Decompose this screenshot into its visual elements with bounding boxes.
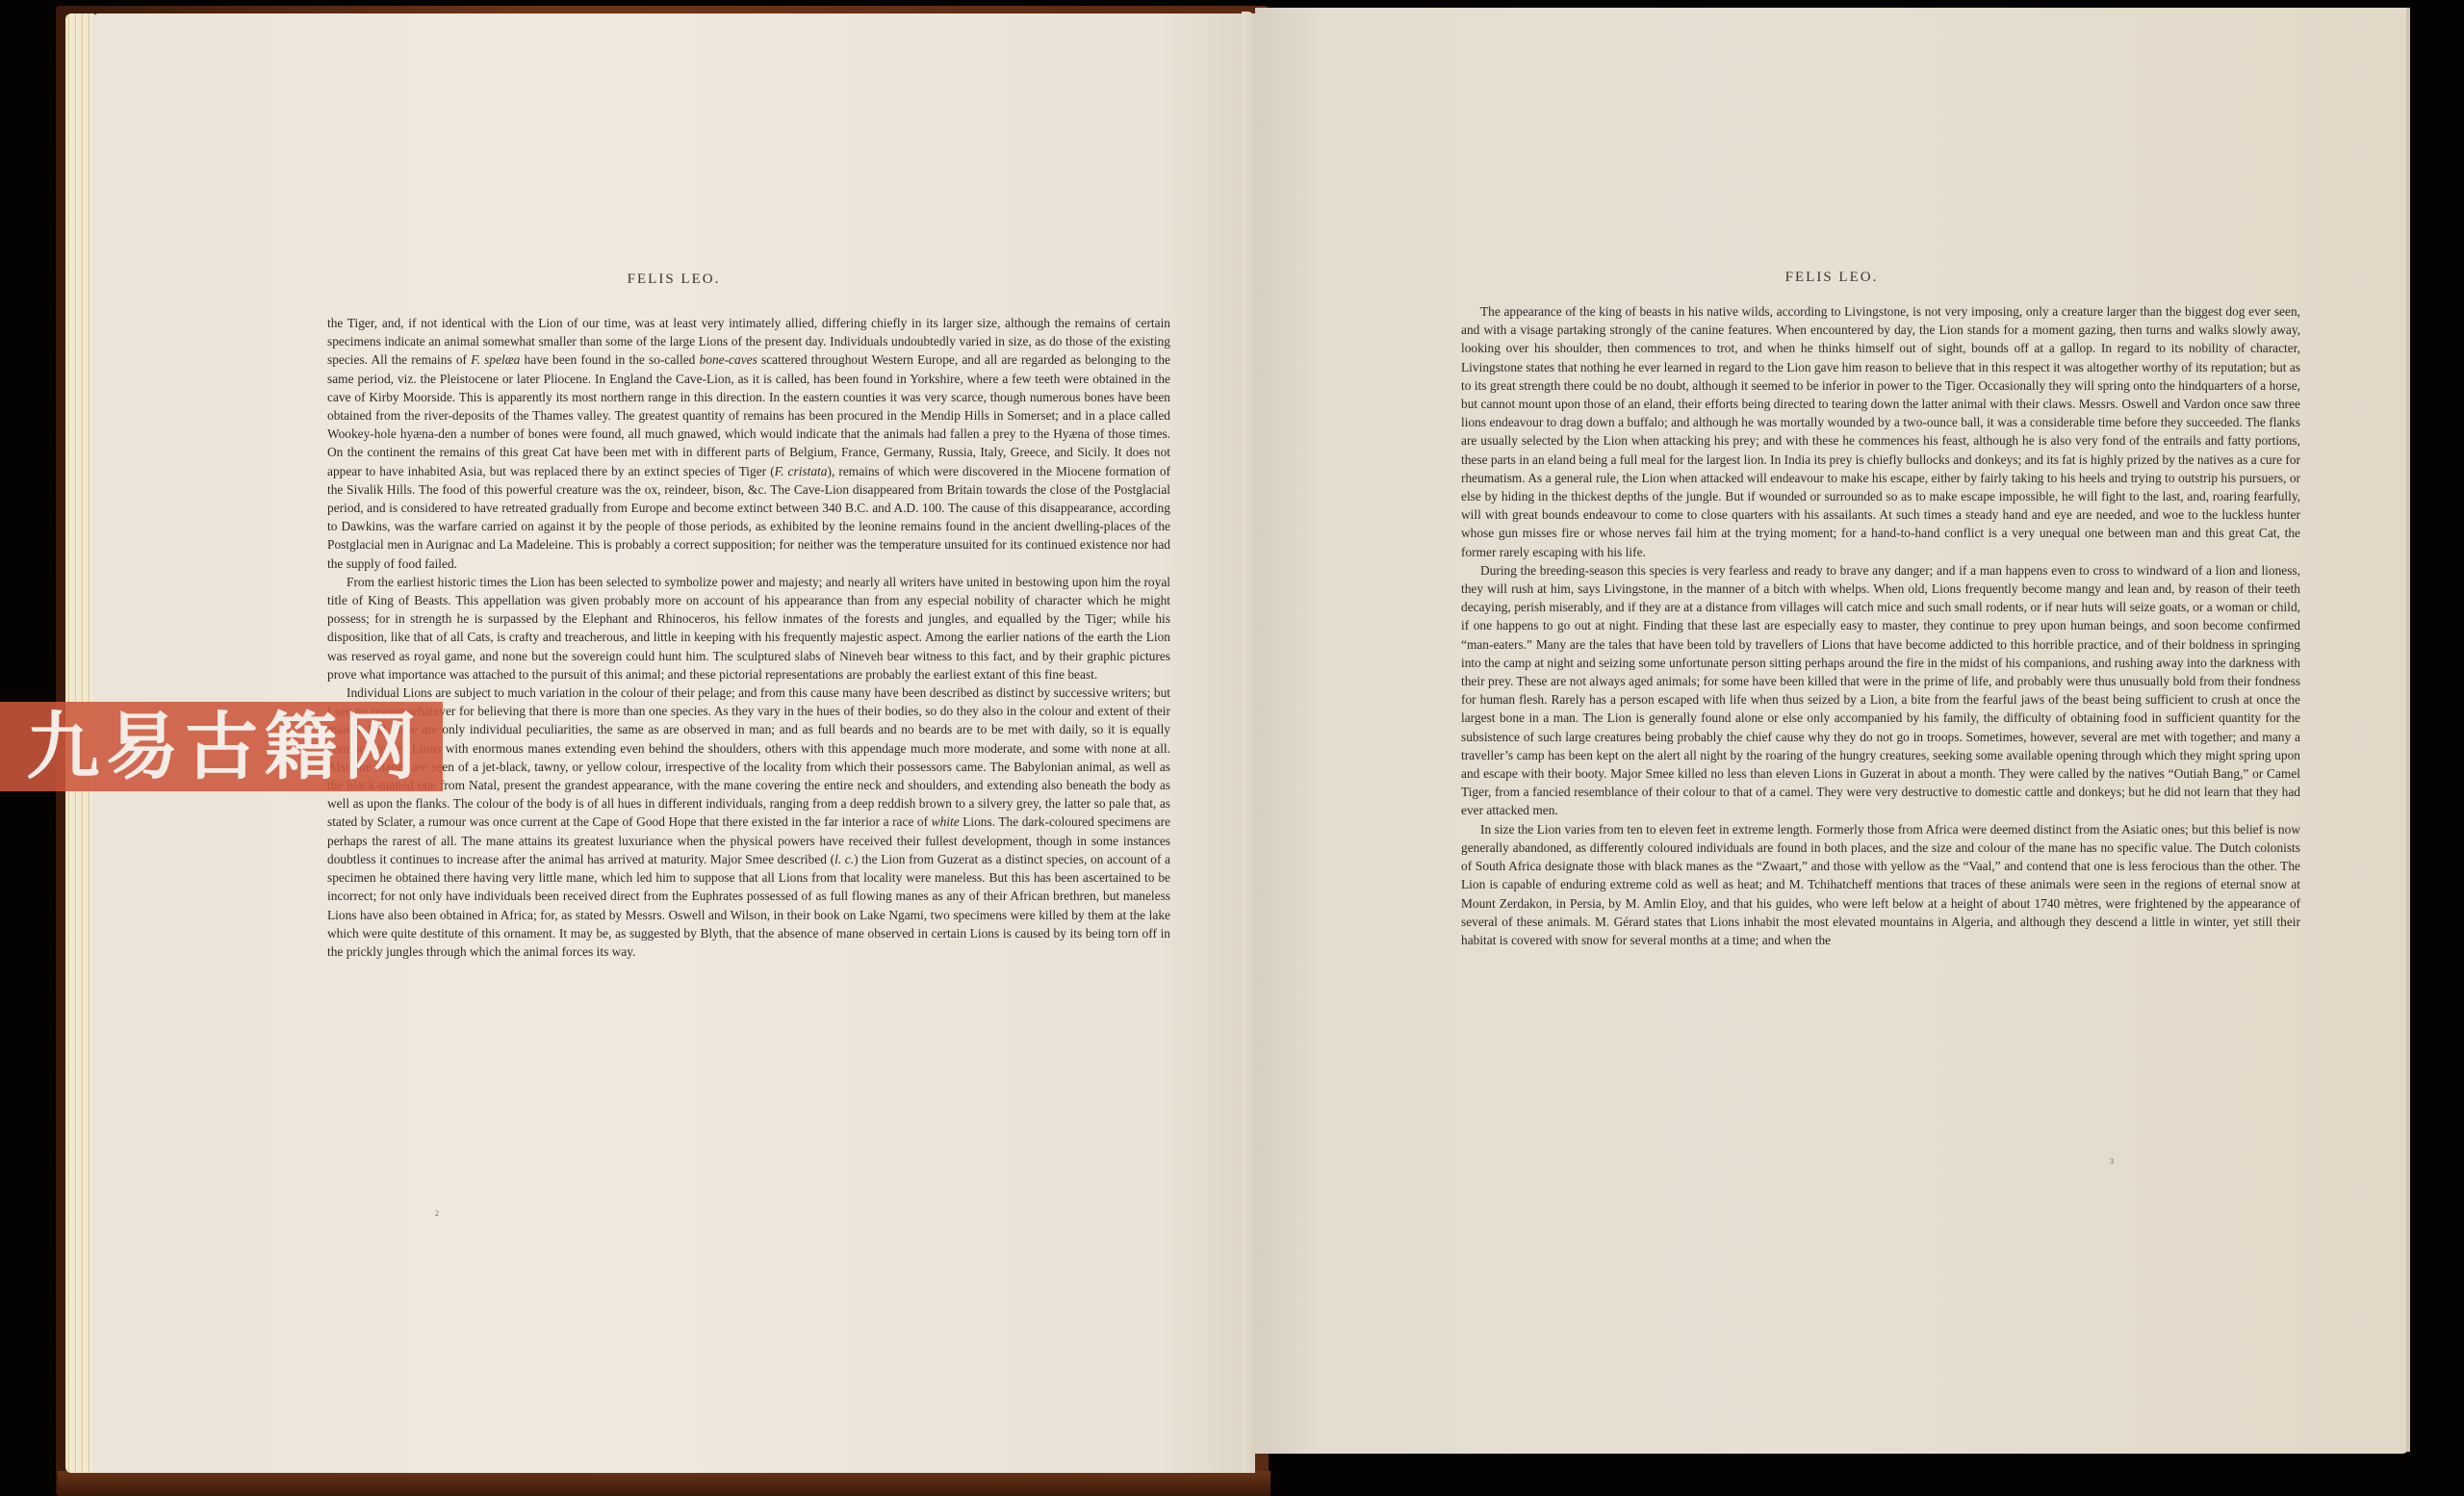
right-page-body: The appearance of the king of beasts in … bbox=[1461, 302, 2300, 949]
paragraph: In size the Lion varies from ten to elev… bbox=[1461, 820, 2300, 949]
page-number-right: 3 bbox=[2110, 1157, 2114, 1166]
page-gutter bbox=[1242, 12, 1255, 1473]
running-head-right: FELIS LEO. bbox=[1255, 270, 2408, 286]
watermark-char: 易 bbox=[106, 710, 179, 784]
running-head-left: FELIS LEO. bbox=[92, 271, 1255, 288]
paragraph: Individual Lions are subject to much var… bbox=[327, 684, 1170, 961]
watermark-char: 籍 bbox=[264, 710, 337, 784]
page-number-left: 2 bbox=[435, 1209, 439, 1218]
watermark-char: 网 bbox=[344, 710, 417, 784]
right-page-edge bbox=[2406, 8, 2410, 1452]
watermark-char: 九 bbox=[26, 710, 99, 784]
site-watermark: 九 易 古 籍 网 bbox=[0, 702, 443, 791]
right-page: FELIS LEO. The appearance of the king of… bbox=[1255, 8, 2408, 1454]
paragraph: the Tiger, and, if not identical with th… bbox=[327, 314, 1170, 573]
paragraph: During the breeding-season this species … bbox=[1461, 561, 2300, 820]
watermark-char: 古 bbox=[185, 710, 258, 784]
paragraph: From the earliest historic times the Lio… bbox=[327, 573, 1170, 684]
book-cover-bottom-edge bbox=[58, 1471, 1270, 1496]
paragraph: The appearance of the king of beasts in … bbox=[1461, 302, 2300, 561]
left-page-body: the Tiger, and, if not identical with th… bbox=[327, 314, 1170, 961]
